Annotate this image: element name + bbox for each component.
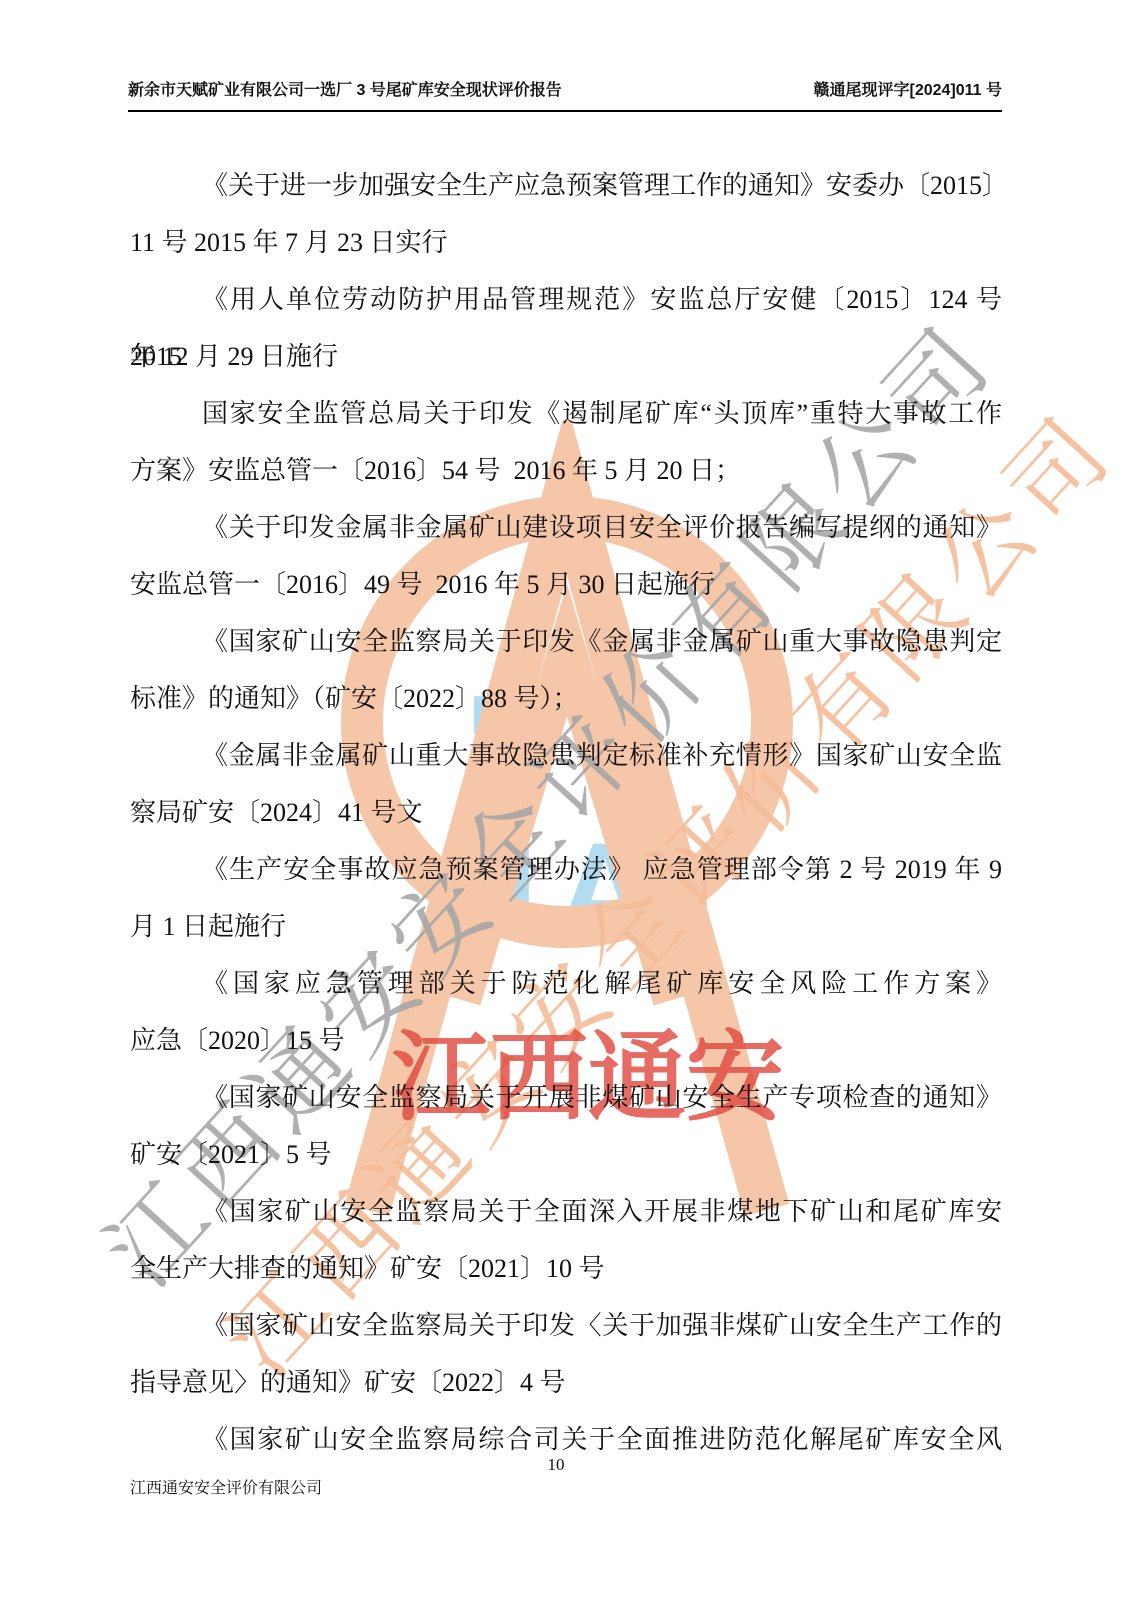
body-line: 指导意见〉的通知》矿安〔2022〕4 号	[130, 1354, 1002, 1411]
body-line: 11 号 2015 年 7 月 23 日实行	[130, 214, 1002, 271]
body-line: 方案》安监总管一〔2016〕54 号 2016 年 5 月 20 日；	[130, 442, 1002, 499]
body-line: 月 1 日起施行	[130, 898, 1002, 955]
body-line: 《关于印发金属非金属矿山建设项目安全评价报告编写提纲的通知》	[130, 499, 1002, 556]
body-line: 《用人单位劳动防护用品管理规范》安监总厅安健〔2015〕124 号 2015	[130, 271, 1002, 328]
body-line: 《生产安全事故应急预案管理办法》 应急管理部令第 2 号 2019 年 9	[130, 841, 1002, 898]
body-line: 标准》的通知》（矿安〔2022〕88 号）；	[130, 670, 1002, 727]
body-line: 《金属非金属矿山重大事故隐患判定标准补充情形》国家矿山安全监	[130, 727, 1002, 784]
page-header: 新余市天赋矿业有限公司一选厂 3 号尾矿库安全现状评价报告 赣通尾现评字[202…	[128, 82, 1002, 112]
header-report-title: 新余市天赋矿业有限公司一选厂 3 号尾矿库安全现状评价报告	[128, 82, 562, 100]
header-doc-number: 赣通尾现评字[2024]011 号	[813, 82, 1002, 100]
body-line: 《国家矿山安全监察局关于全面深入开展非煤地下矿山和尾矿库安	[130, 1183, 1002, 1240]
body-line: 年 12 月 29 日施行	[130, 328, 1002, 385]
body-line: 应急〔2020〕15 号	[130, 1012, 1002, 1069]
body-line: 《关于进一步加强安全生产应急预案管理工作的通知》安委办〔2015〕	[130, 157, 1002, 214]
body-line: 国家安全监管总局关于印发《遏制尾矿库“头顶库”重特大事故工作	[130, 385, 1002, 442]
body-line: 《国家矿山安全监察局关于印发《金属非金属矿山重大事故隐患判定	[130, 613, 1002, 670]
body-line: 《国家矿山安全监察局关于印发〈关于加强非煤矿山安全生产工作的	[130, 1297, 1002, 1354]
body-line: 《国家应急管理部关于防范化解尾矿库安全风险工作方案》	[130, 955, 1002, 1012]
report-page: T A 江西通安安全评价有限公司 江西通安安全评价有限公司 江西通安 新余市天赋…	[0, 0, 1131, 1600]
body-text: 《关于进一步加强安全生产应急预案管理工作的通知》安委办〔2015〕11 号 20…	[130, 157, 1002, 1468]
page-number: 10	[506, 1455, 606, 1475]
body-line: 察局矿安〔2024〕41 号文	[130, 784, 1002, 841]
body-line: 《国家矿山安全监察局关于开展非煤矿山安全生产专项检查的通知》	[130, 1069, 1002, 1126]
footer-company-name: 江西通安安全评价有限公司	[130, 1479, 322, 1499]
body-line: 安监总管一〔2016〕49 号 2016 年 5 月 30 日起施行	[130, 556, 1002, 613]
body-line: 全生产大排查的通知》矿安〔2021〕10 号	[130, 1240, 1002, 1297]
body-line: 矿安〔2021〕5 号	[130, 1126, 1002, 1183]
